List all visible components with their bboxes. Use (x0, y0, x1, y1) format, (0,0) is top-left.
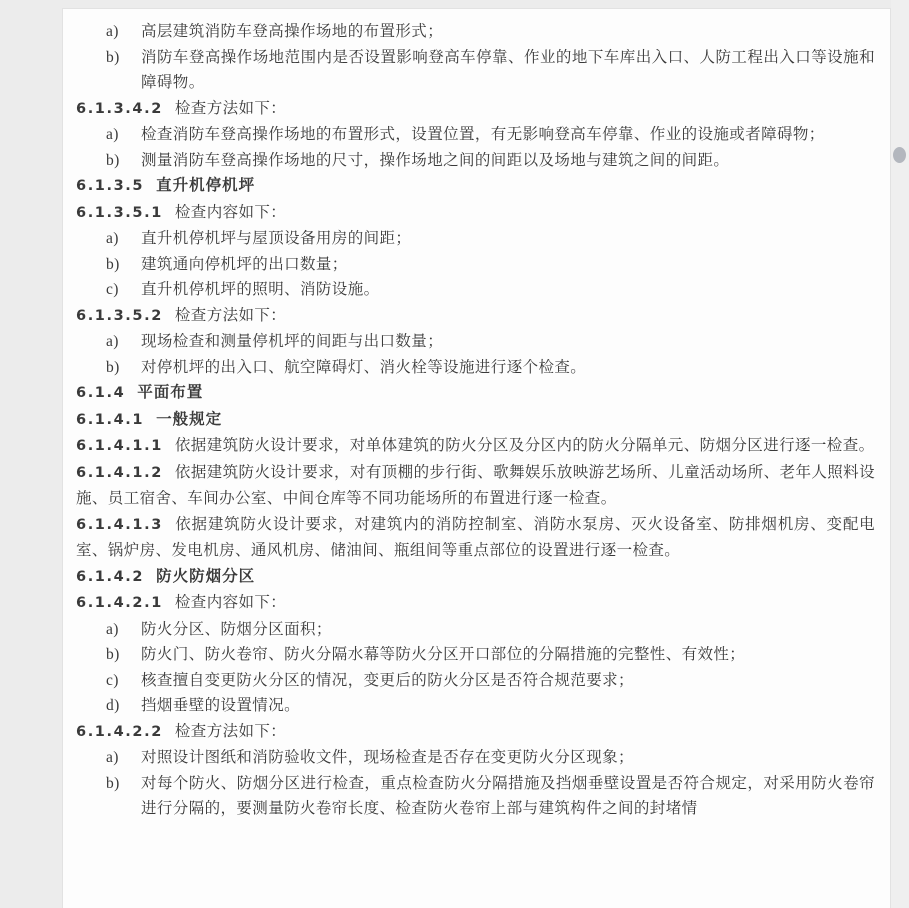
list-item-text: 对照设计图纸和消防验收文件，现场检查是否存在变更防火分区现象； (141, 749, 634, 766)
list-item-label: a) (106, 226, 119, 252)
list-item-label: c) (106, 668, 119, 694)
clause-paragraph: 6.1.4.2.2检查方法如下： (76, 719, 875, 746)
clause-number: 6.1.3.5.2 (76, 308, 163, 324)
list-item-text: 挡烟垂壁的设置情况。 (141, 697, 300, 714)
list-item-text: 检查消防车登高操作场地的布置形式，设置位置，有无影响登高车停靠、作业的设施或者障… (141, 126, 825, 143)
heading-number: 6.1.4.2 (76, 569, 144, 585)
list-item-text: 现场检查和测量停机坪的间距与出口数量； (141, 333, 443, 350)
heading-text: 一般规定 (156, 410, 222, 428)
list-item-text: 对停机坪的出入口、航空障碍灯、消火栓等设施进行逐个检查。 (141, 359, 586, 376)
list-item-text: 防火分区、防烟分区面积； (141, 621, 332, 638)
list-item: a)防火分区、防烟分区面积； (76, 617, 875, 643)
list-item: b)防火门、防火卷帘、防火分隔水幕等防火分区开口部位的分隔措施的完整性、有效性； (76, 642, 875, 668)
heading-number: 6.1.4.1 (76, 412, 144, 428)
list-item-text: 直升机停机坪与屋顶设备用房的间距； (141, 230, 411, 247)
section-heading: 6.1.4.2防火防烟分区 (76, 564, 875, 591)
clause-text: 检查内容如下： (175, 204, 286, 221)
list-item-label: a) (106, 19, 119, 45)
clause-paragraph: 6.1.4.1.2依据建筑防火设计要求，对有顶棚的步行街、歌舞娱乐放映游艺场所、… (76, 460, 875, 512)
list-item-text: 建筑通向停机坪的出口数量； (141, 256, 348, 273)
section-heading: 6.1.4平面布置 (76, 380, 875, 407)
list-item-label: b) (106, 771, 120, 797)
clause-paragraph: 6.1.4.1.1依据建筑防火设计要求，对单体建筑的防火分区及分区内的防火分隔单… (76, 433, 875, 460)
clause-paragraph: 6.1.4.1.3依据建筑防火设计要求，对建筑内的消防控制室、消防水泵房、灭火设… (76, 512, 875, 564)
clause-paragraph: 6.1.4.2.1检查内容如下： (76, 590, 875, 617)
list-item-label: a) (106, 122, 119, 148)
list-item: c)直升机停机坪的照明、消防设施。 (76, 277, 875, 303)
clause-text: 依据建筑防火设计要求，对建筑内的消防控制室、消防水泵房、灭火设备室、防排烟机房、… (76, 516, 875, 560)
list-item: a)对照设计图纸和消防验收文件，现场检查是否存在变更防火分区现象； (76, 745, 875, 771)
clause-text: 依据建筑防火设计要求，对单体建筑的防火分区及分区内的防火分隔单元、防烟分区进行逐… (175, 437, 875, 454)
list-item: b)对停机坪的出入口、航空障碍灯、消火栓等设施进行逐个检查。 (76, 355, 875, 381)
list-item-label: b) (106, 642, 120, 668)
list-item: c)核查擅自变更防火分区的情况，变更后的防火分区是否符合规范要求； (76, 668, 875, 694)
section-heading: 6.1.3.5直升机停机坪 (76, 173, 875, 200)
list-item: a)高层建筑消防车登高操作场地的布置形式； (76, 19, 875, 45)
list-item-label: b) (106, 148, 120, 174)
clause-number: 6.1.4.1.2 (76, 465, 163, 481)
clause-number: 6.1.3.4.2 (76, 101, 163, 117)
list-item: d)挡烟垂壁的设置情况。 (76, 693, 875, 719)
list-item: b)建筑通向停机坪的出口数量； (76, 252, 875, 278)
list-item-label: b) (106, 45, 120, 71)
list-item-text: 防火门、防火卷帘、防火分隔水幕等防火分区开口部位的分隔措施的完整性、有效性； (141, 646, 745, 663)
document-viewer: a)高层建筑消防车登高操作场地的布置形式；b)消防车登高操作场地范围内是否设置影… (0, 0, 909, 908)
clause-number: 6.1.4.1.3 (76, 517, 163, 533)
heading-number: 6.1.4 (76, 385, 125, 401)
heading-text: 平面布置 (137, 383, 203, 401)
document-page: a)高层建筑消防车登高操作场地的布置形式；b)消防车登高操作场地范围内是否设置影… (62, 8, 891, 908)
clause-paragraph: 6.1.3.4.2检查方法如下： (76, 96, 875, 123)
list-item-text: 高层建筑消防车登高操作场地的布置形式； (141, 23, 443, 40)
list-item-text: 对每个防火、防烟分区进行检查，重点检查防火分隔措施及挡烟垂壁设置是否符合规定，对… (141, 775, 875, 818)
clause-paragraph: 6.1.3.5.2检查方法如下： (76, 303, 875, 330)
clause-text: 检查方法如下： (175, 100, 286, 117)
list-item: a)直升机停机坪与屋顶设备用房的间距； (76, 226, 875, 252)
list-item-label: c) (106, 277, 119, 303)
clause-text: 依据建筑防火设计要求，对有顶棚的步行街、歌舞娱乐放映游艺场所、儿童活动场所、老年… (76, 464, 875, 508)
clause-number: 6.1.4.2.1 (76, 595, 163, 611)
clause-number: 6.1.4.1.1 (76, 438, 163, 454)
heading-number: 6.1.3.5 (76, 178, 144, 194)
clause-text: 检查方法如下： (175, 723, 286, 740)
list-item-label: b) (106, 252, 120, 278)
list-item: a)检查消防车登高操作场地的布置形式，设置位置，有无影响登高车停靠、作业的设施或… (76, 122, 875, 148)
heading-text: 直升机停机坪 (156, 176, 255, 194)
list-item: b)消防车登高操作场地范围内是否设置影响登高车停靠、作业的地下车库出入口、人防工… (76, 45, 875, 96)
list-item-label: a) (106, 617, 119, 643)
list-item-label: d) (106, 693, 120, 719)
clause-number: 6.1.4.2.2 (76, 724, 163, 740)
list-item-text: 核查擅自变更防火分区的情况，变更后的防火分区是否符合规范要求； (141, 672, 634, 689)
list-item-label: b) (106, 355, 120, 381)
clause-paragraph: 6.1.3.5.1检查内容如下： (76, 200, 875, 227)
list-item-label: a) (106, 329, 119, 355)
section-heading: 6.1.4.1一般规定 (76, 407, 875, 434)
list-item: b)对每个防火、防烟分区进行检查，重点检查防火分隔措施及挡烟垂壁设置是否符合规定… (76, 771, 875, 822)
list-item-text: 消防车登高操作场地范围内是否设置影响登高车停靠、作业的地下车库出入口、人防工程出… (141, 49, 875, 92)
list-item: b)测量消防车登高操作场地的尺寸，操作场地之间的间距以及场地与建筑之间的间距。 (76, 148, 875, 174)
heading-text: 防火防烟分区 (156, 567, 255, 585)
list-item-text: 测量消防车登高操作场地的尺寸，操作场地之间的间距以及场地与建筑之间的间距。 (141, 152, 729, 169)
clause-text: 检查内容如下： (175, 594, 286, 611)
list-item: a)现场检查和测量停机坪的间距与出口数量； (76, 329, 875, 355)
list-item-label: a) (106, 745, 119, 771)
scrollbar-thumb[interactable] (893, 147, 906, 163)
clause-number: 6.1.3.5.1 (76, 205, 163, 221)
list-item-text: 直升机停机坪的照明、消防设施。 (141, 281, 380, 298)
clause-text: 检查方法如下： (175, 307, 286, 324)
scrollbar-track[interactable] (891, 0, 909, 908)
